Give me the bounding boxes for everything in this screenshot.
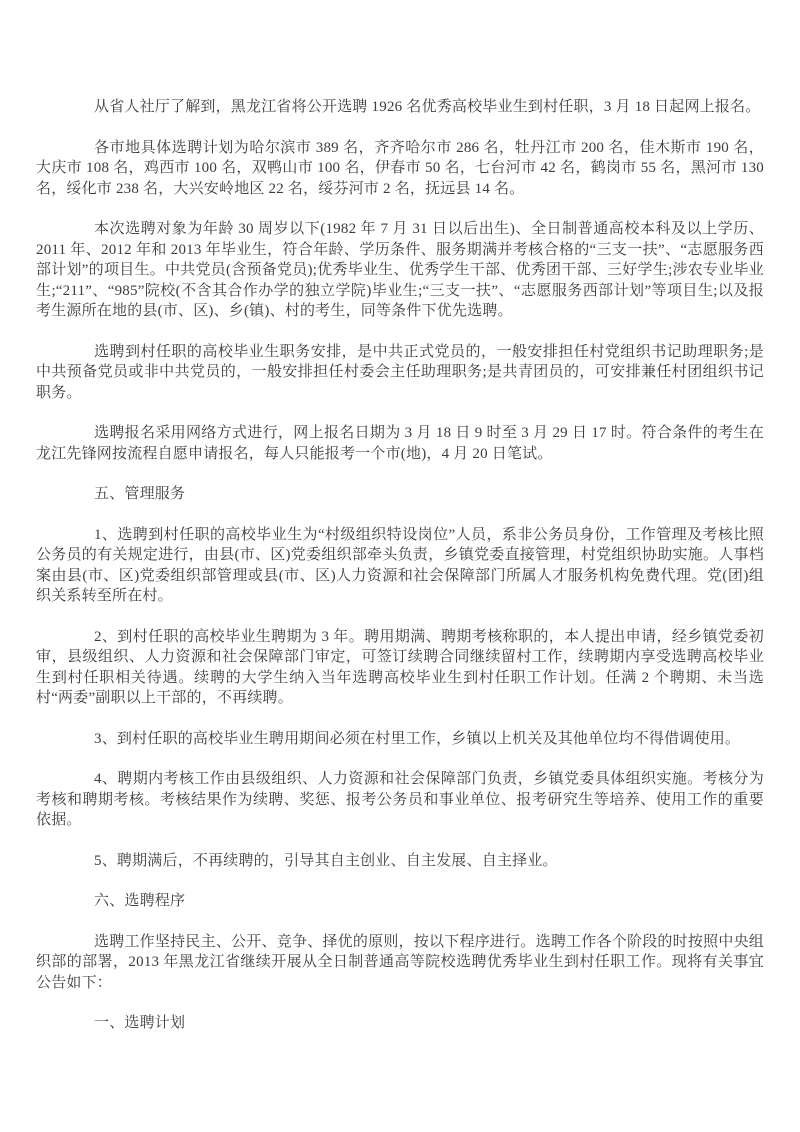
paragraph-eligibility: 本次选聘对象为年龄 30 周岁以下(1982 年 7 月 31 日以后出生)、全… (36, 219, 764, 322)
paragraph-management-2: 2、到村任职的高校毕业生聘期为 3 年。聘用期满、聘期考核称职的，本人提出申请，… (36, 627, 764, 709)
section-heading-selection-plan: 一、选聘计划 (36, 1013, 764, 1034)
paragraph-management-1: 1、选聘到村任职的高校毕业生为“村级组织特设岗位”人员，系非公务员身份，工作管理… (36, 525, 764, 607)
paragraph-city-quotas: 各市地具体选聘计划为哈尔滨市 389 名，齐齐哈尔市 286 名，牡丹江市 20… (36, 138, 764, 200)
paragraph-management-5: 5、聘期满后，不再续聘的，引导其自主创业、自主发展、自主择业。 (36, 851, 764, 872)
document-page: 从省人社厅了解到，黑龙江省将公开选聘 1926 名优秀高校毕业生到村任职，3 月… (0, 0, 800, 1132)
paragraph-management-4: 4、聘期内考核工作由县级组织、人力资源和社会保障部门负责，乡镇党委具体组织实施。… (36, 769, 764, 831)
section-heading-management-service: 五、管理服务 (36, 484, 764, 505)
paragraph-management-3: 3、到村任职的高校毕业生聘用期间必须在村里工作，乡镇以上机关及其他单位均不得借调… (36, 729, 764, 750)
paragraph-registration: 选聘报名采用网络方式进行，网上报名日期为 3 月 18 日 9 时至 3 月 2… (36, 423, 764, 464)
paragraph-intro: 从省人社厅了解到，黑龙江省将公开选聘 1926 名优秀高校毕业生到村任职，3 月… (36, 97, 764, 118)
paragraph-position-assignment: 选聘到村任职的高校毕业生职务安排，是中共正式党员的，一般安排担任村党组织书记助理… (36, 342, 764, 404)
paragraph-procedure-principles: 选聘工作坚持民主、公开、竞争、择优的原则，按以下程序进行。选聘工作各个阶段的时按… (36, 932, 764, 994)
section-heading-selection-procedure: 六、选聘程序 (36, 891, 764, 912)
